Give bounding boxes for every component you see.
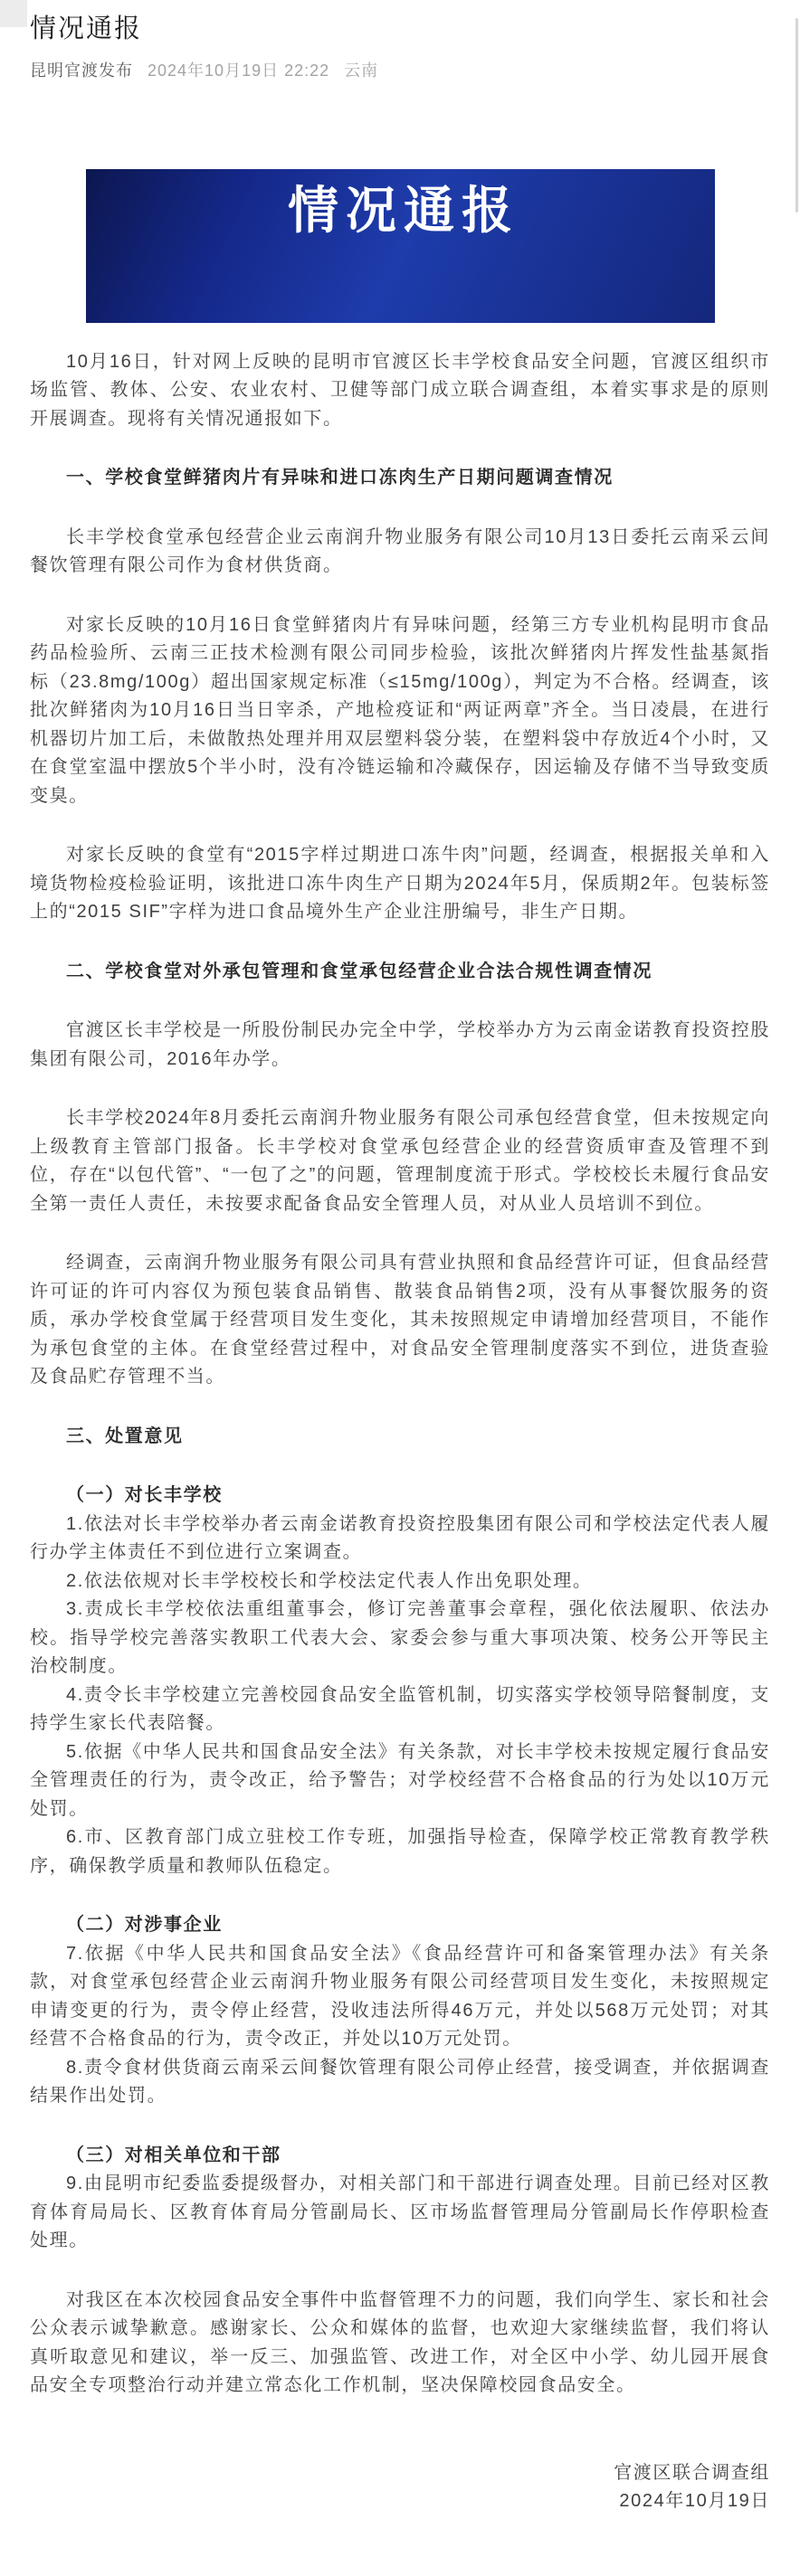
byline: 昆明官渡发布2024年10月19日 22:22云南 [30, 59, 770, 82]
subsection-enterprises-heading: （二）对涉事企业 [30, 1911, 770, 1940]
section1-paragraph-1: 长丰学校食堂承包经营企业云南润升物业服务有限公司10月13日委托云南采云间餐饮管… [30, 524, 770, 581]
intro-paragraph: 10月16日，针对网上反映的昆明市官渡区长丰学校食品安全问题，官渡区组织市场监管… [30, 348, 770, 434]
measure-item-3: 3.责成长丰学校依法重组董事会，修订完善董事会章程，强化依法履职、依法办校。指导… [30, 1596, 770, 1681]
article-page: 情况通报 昆明官渡发布2024年10月19日 22:22云南 情况通报 10月1… [0, 0, 800, 2516]
measure-item-2: 2.依法依规对长丰学校校长和学校法定代表人作出免职处理。 [30, 1567, 770, 1596]
signature-org: 官渡区联合调查组 [30, 2459, 770, 2488]
measure-item-6: 6.市、区教育部门成立驻校工作专班，加强指导检查，保障学校正常教育教学秩序，确保… [30, 1823, 770, 1880]
measure-item-8: 8.责令食材供货商云南采云间餐饮管理有限公司停止经营，接受调查，并依据调查结果作… [30, 2054, 770, 2111]
subsection-enterprises: （二）对涉事企业 7.依据《中华人民共和国食品安全法》《食品经营许可和备案管理办… [30, 1911, 770, 2111]
publish-location: 云南 [344, 62, 378, 80]
section1-paragraph-2: 对家长反映的10月16日食堂鲜猪肉片有异味问题，经第三方专业机构昆明市食品药品检… [30, 611, 770, 811]
measure-item-4: 4.责令长丰学校建立完善校园食品安全监管机制，切实落实学校领导陪餐制度，支持学生… [30, 1681, 770, 1738]
corner-artifact [0, 0, 27, 27]
section3-heading: 三、处置意见 [30, 1423, 770, 1452]
scrollbar-thumb[interactable] [795, 18, 798, 213]
subsection-officials: （三）对相关单位和干部 9.由昆明市纪委监委提级督办，对相关部门和干部进行调查处… [30, 2142, 770, 2256]
subsection-officials-heading: （三）对相关单位和干部 [30, 2142, 770, 2171]
page-title: 情况通报 [30, 0, 770, 47]
measure-item-5: 5.依据《中华人民共和国食品安全法》有关条款，对长丰学校未按规定履行食品安全管理… [30, 1738, 770, 1824]
section2-paragraph-3: 经调查，云南润升物业服务有限公司具有营业执照和食品经营许可证，但食品经营许可证的… [30, 1249, 770, 1392]
account-name[interactable]: 昆明官渡发布 [30, 62, 133, 80]
section2-paragraph-1: 官渡区长丰学校是一所股份制民办完全中学，学校举办方为云南金诺教育投资控股集团有限… [30, 1017, 770, 1074]
subsection-school-heading: （一）对长丰学校 [30, 1482, 770, 1511]
closing-paragraph: 对我区在本次校园食品安全事件中监督管理不力的问题，我们向学生、家长和社会公众表示… [30, 2287, 770, 2401]
measure-item-9: 9.由昆明市纪委监委提级督办，对相关部门和干部进行调查处理。目前已经对区教育体育… [30, 2170, 770, 2256]
measure-item-1: 1.依法对长丰学校举办者云南金诺教育投资控股集团有限公司和学校法定代表人履行办学… [30, 1511, 770, 1567]
section1-paragraph-3: 对家长反映的食堂有“2015字样过期进口冻牛肉”问题，经调查，根据报关单和入境货… [30, 841, 770, 927]
section2-paragraph-2: 长丰学校2024年8月委托云南润升物业服务有限公司承包经营食堂，但未按规定向上级… [30, 1104, 770, 1218]
section1-heading: 一、学校食堂鲜猪肉片有异味和进口冻肉生产日期问题调查情况 [30, 464, 770, 493]
banner-image[interactable]: 情况通报 [86, 169, 715, 323]
banner-title: 情况通报 [281, 185, 519, 236]
section2-heading: 二、学校食堂对外承包管理和食堂承包经营企业合法合规性调查情况 [30, 958, 770, 987]
subsection-school: （一）对长丰学校 1.依法对长丰学校举办者云南金诺教育投资控股集团有限公司和学校… [30, 1482, 770, 1880]
article-body: 10月16日，针对网上反映的昆明市官渡区长丰学校食品安全问题，官渡区组织市场监管… [30, 348, 770, 2516]
measure-item-7: 7.依据《中华人民共和国食品安全法》《食品经营许可和备案管理办法》有关条款，对食… [30, 1940, 770, 2054]
signature-date: 2024年10月19日 [30, 2487, 770, 2516]
signature-block: 官渡区联合调查组 2024年10月19日 [30, 2459, 770, 2516]
publish-datetime: 2024年10月19日 22:22 [148, 62, 329, 80]
